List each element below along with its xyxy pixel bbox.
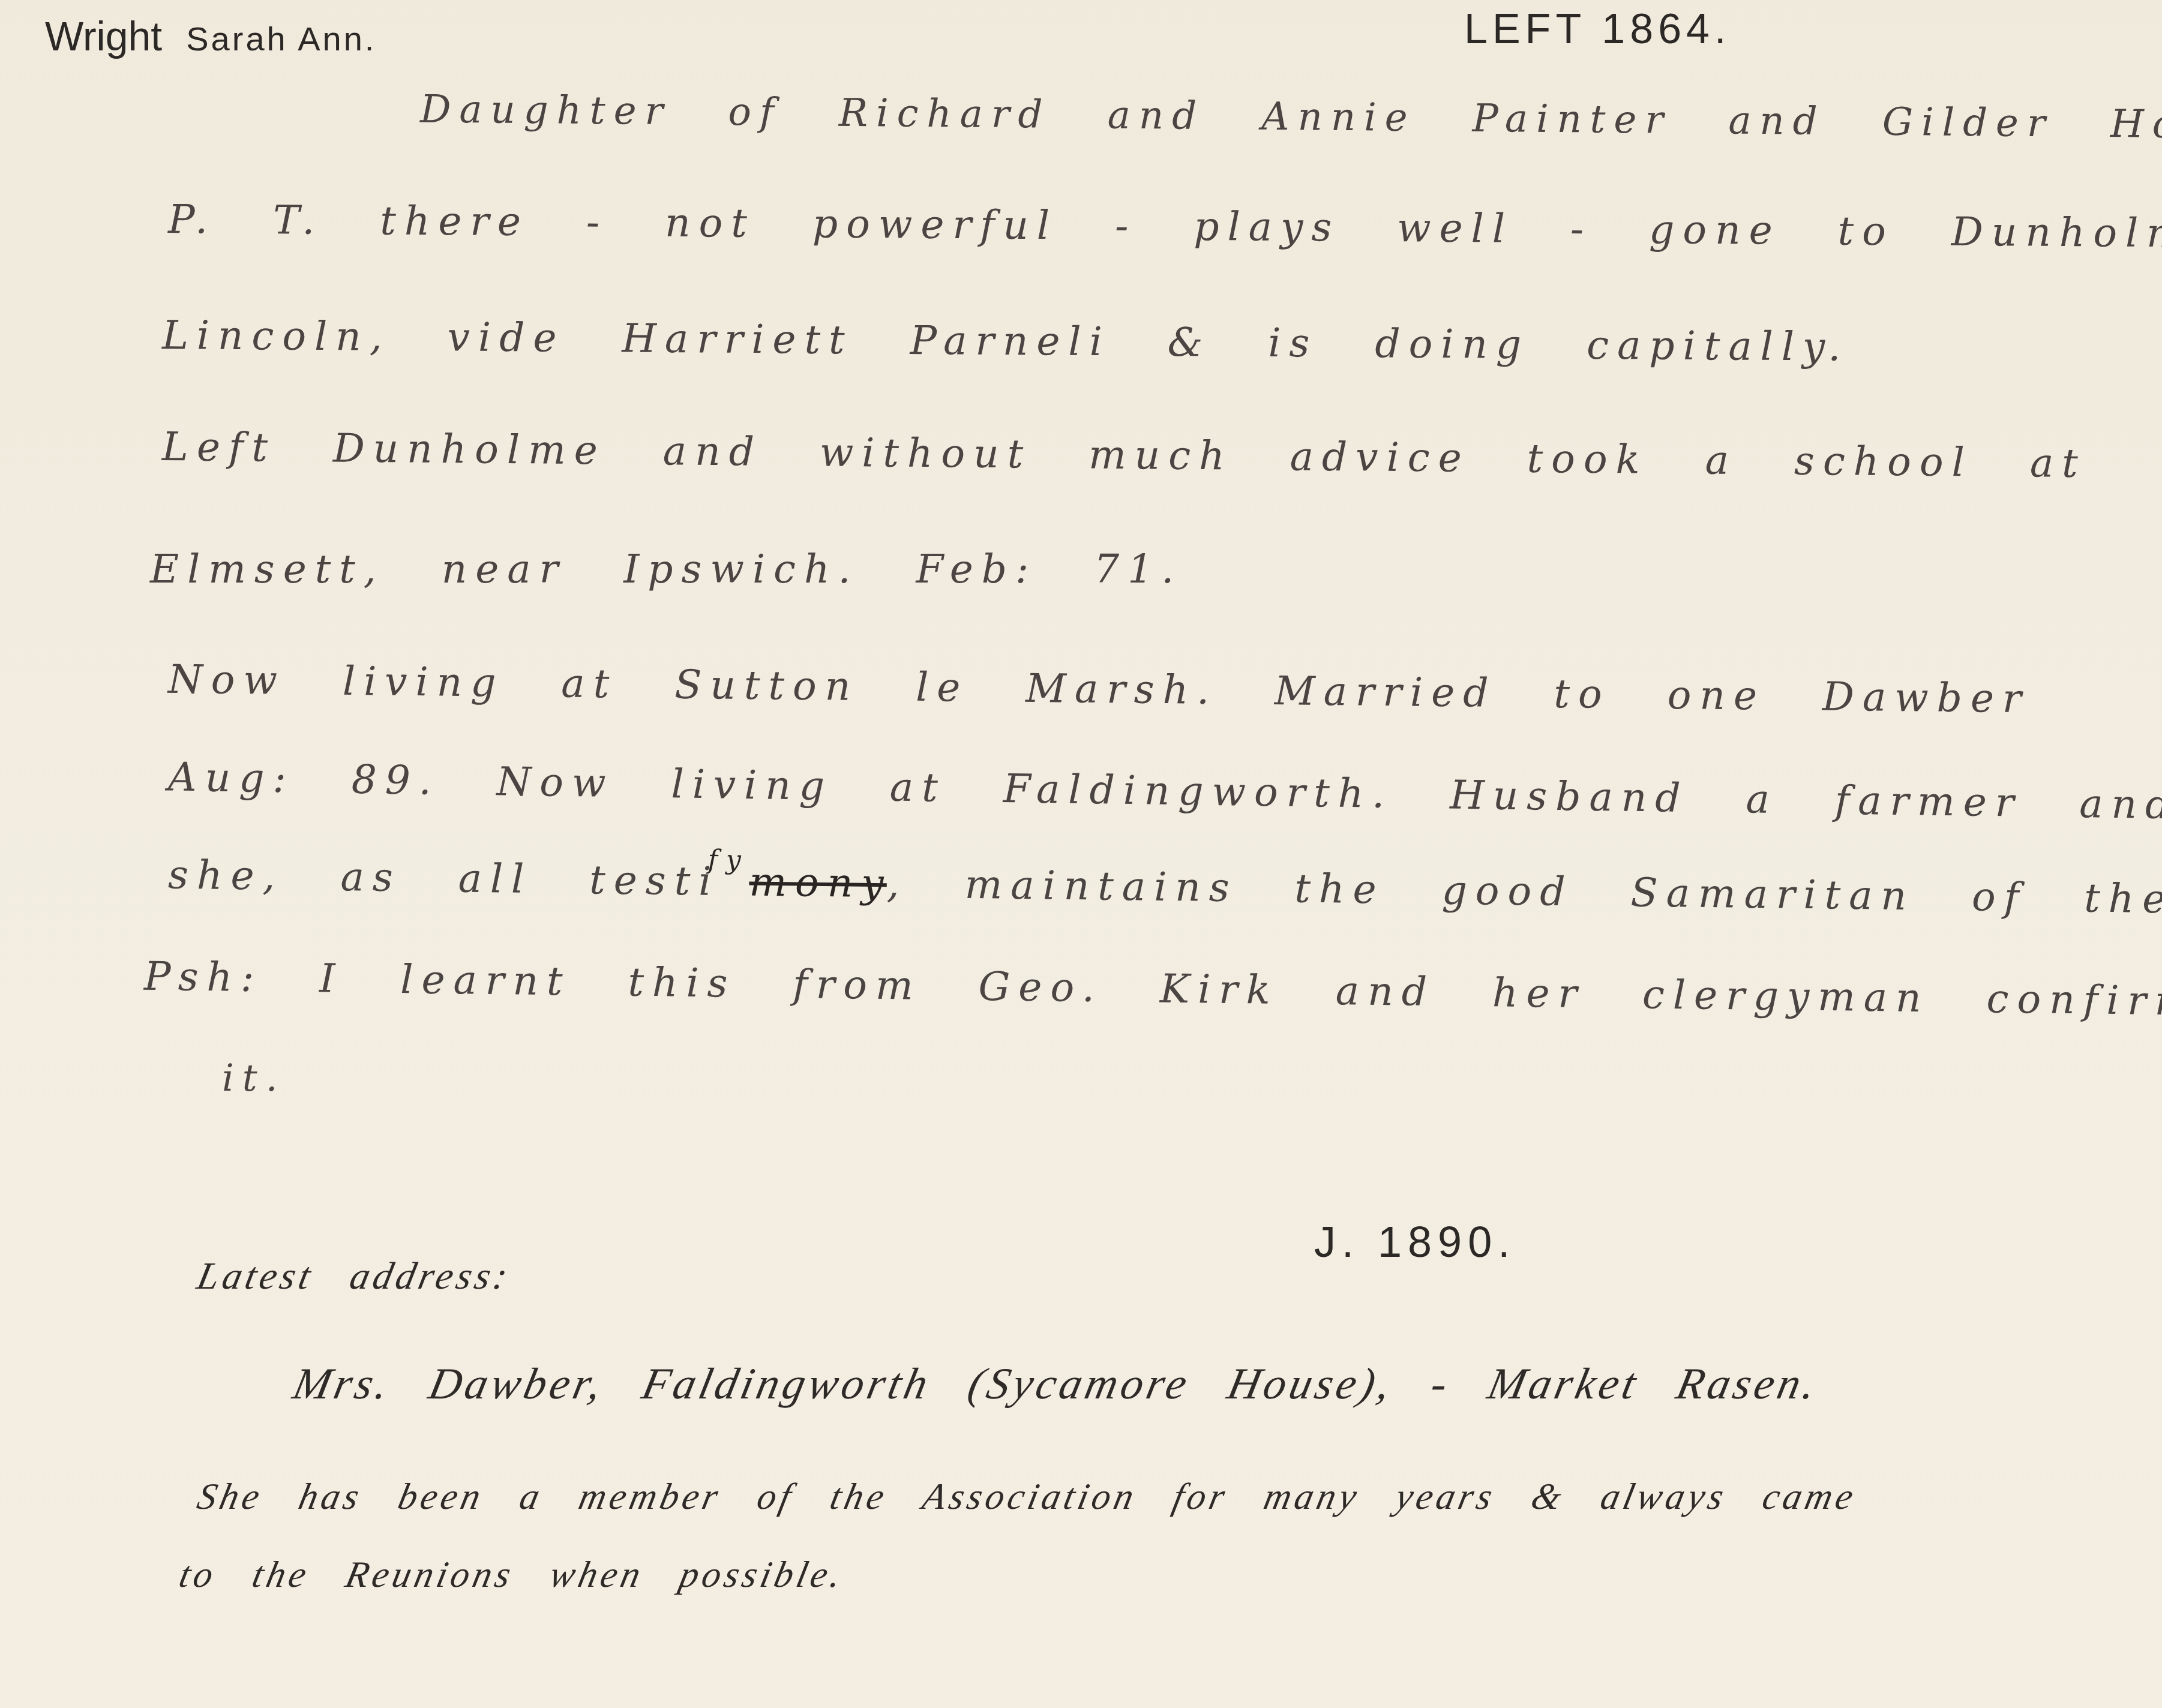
corrected-word: testifymony, (589, 857, 908, 906)
later-year-mark: J. 1890. (1314, 1218, 1516, 1267)
latest-address: Mrs. Dawber, Faldingworth (Sycamore Hous… (289, 1359, 1824, 1410)
entry-line-5: Elmsett, near Ipswich. Feb: 71. (150, 546, 1182, 592)
entry-line-10: it. (222, 1056, 286, 1100)
correction-prefix: testi (589, 857, 720, 905)
entry-name: WrightSarah Ann. (45, 13, 376, 60)
membership-note-line-1: She has been a member of the Association… (193, 1476, 1860, 1518)
left-year-mark: LEFT 1864. (1464, 5, 1731, 53)
given-names: Sarah Ann. (186, 20, 376, 58)
correction-suffix: , (886, 860, 908, 906)
correction-insertion: fy (707, 845, 749, 876)
latest-address-label: Latest address: (193, 1254, 515, 1298)
membership-note-line-2: to the Reunions when possible. (175, 1554, 848, 1596)
correction-struck-text: mony (749, 858, 887, 906)
entry-line-8-start: she, as all (168, 852, 533, 902)
surname: Wright (45, 14, 162, 59)
